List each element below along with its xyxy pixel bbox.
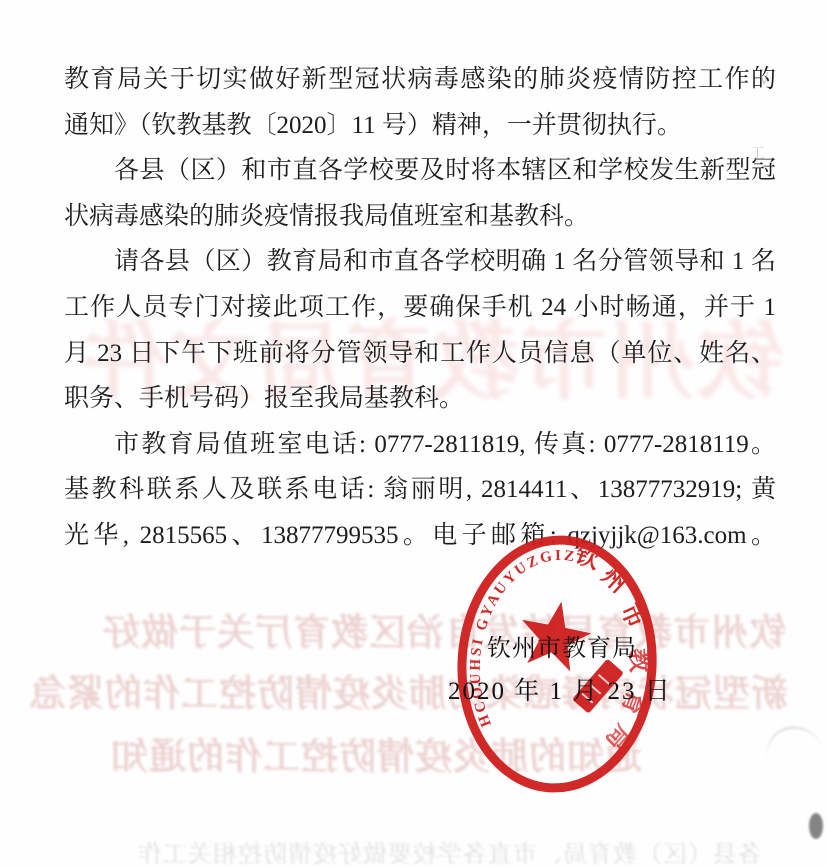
notice-body-line: 请各县（区）教育局和市直各学校明确 1 名分管领导和 1 名: [64, 239, 776, 285]
stray-ink-mark: 工: [750, 142, 765, 163]
notice-body-line: 市教育局值班室电话: 0777-2811819, 传真: 0777-281811…: [64, 422, 776, 468]
notice-body-line: 各县（区）和市直各学校要及时将本辖区和学校发生新型冠: [64, 148, 776, 194]
scan-blob: [809, 813, 823, 839]
notice-body-line: 工作人员专门对接此项工作，要确保手机 24 小时畅通，并于 1: [64, 285, 776, 331]
notice-body-line: 基教科联系人及联系电话: 翁丽明, 2814411、13877732919; 黄: [64, 467, 776, 513]
stray-check-mark: √: [760, 72, 768, 89]
seal-arc-cn-2: 州: [596, 562, 632, 598]
signature-date: 2020 年 1 月 23 日: [448, 671, 672, 707]
signature-org: 钦州市教育局: [487, 628, 637, 663]
notice-body-line: 月 23 日下午下班前将分管领导和工作人员信息（单位、姓名、: [64, 331, 776, 377]
notice-body-line: 教育局关于切实做好新型冠状病毒感染的肺炎疫情防控工作的: [64, 57, 776, 103]
notice-body-line: 职务、手机号码）报至我局基教科。: [64, 376, 776, 422]
notice-body: 教育局关于切实做好新型冠状病毒感染的肺炎疫情防控工作的通知》（钦教基教〔2020…: [64, 57, 776, 559]
notice-body-line: 状病毒感染的肺炎疫情报我局值班室和基教科。: [64, 194, 776, 240]
bleed-through-small-line: 各县（区）教育局、市直各学校要做好疫情防控相关工作: [78, 834, 762, 867]
seal-arc-cn-6: 局: [600, 719, 636, 755]
official-seal: HCOUHSI GYAUYUZGIZ 钦 州 市 教 育 局: [433, 518, 681, 812]
notice-body-line: 通知》（钦教基教〔2020〕11 号）精神，一并贯彻执行。: [64, 103, 776, 149]
scan-squiggle: [760, 720, 825, 770]
scanned-document-page: 钦州市教育局文件 钦州市教育局转发自治区教育厅关于做好 新型冠状病毒感染的肺炎疫…: [0, 0, 826, 867]
